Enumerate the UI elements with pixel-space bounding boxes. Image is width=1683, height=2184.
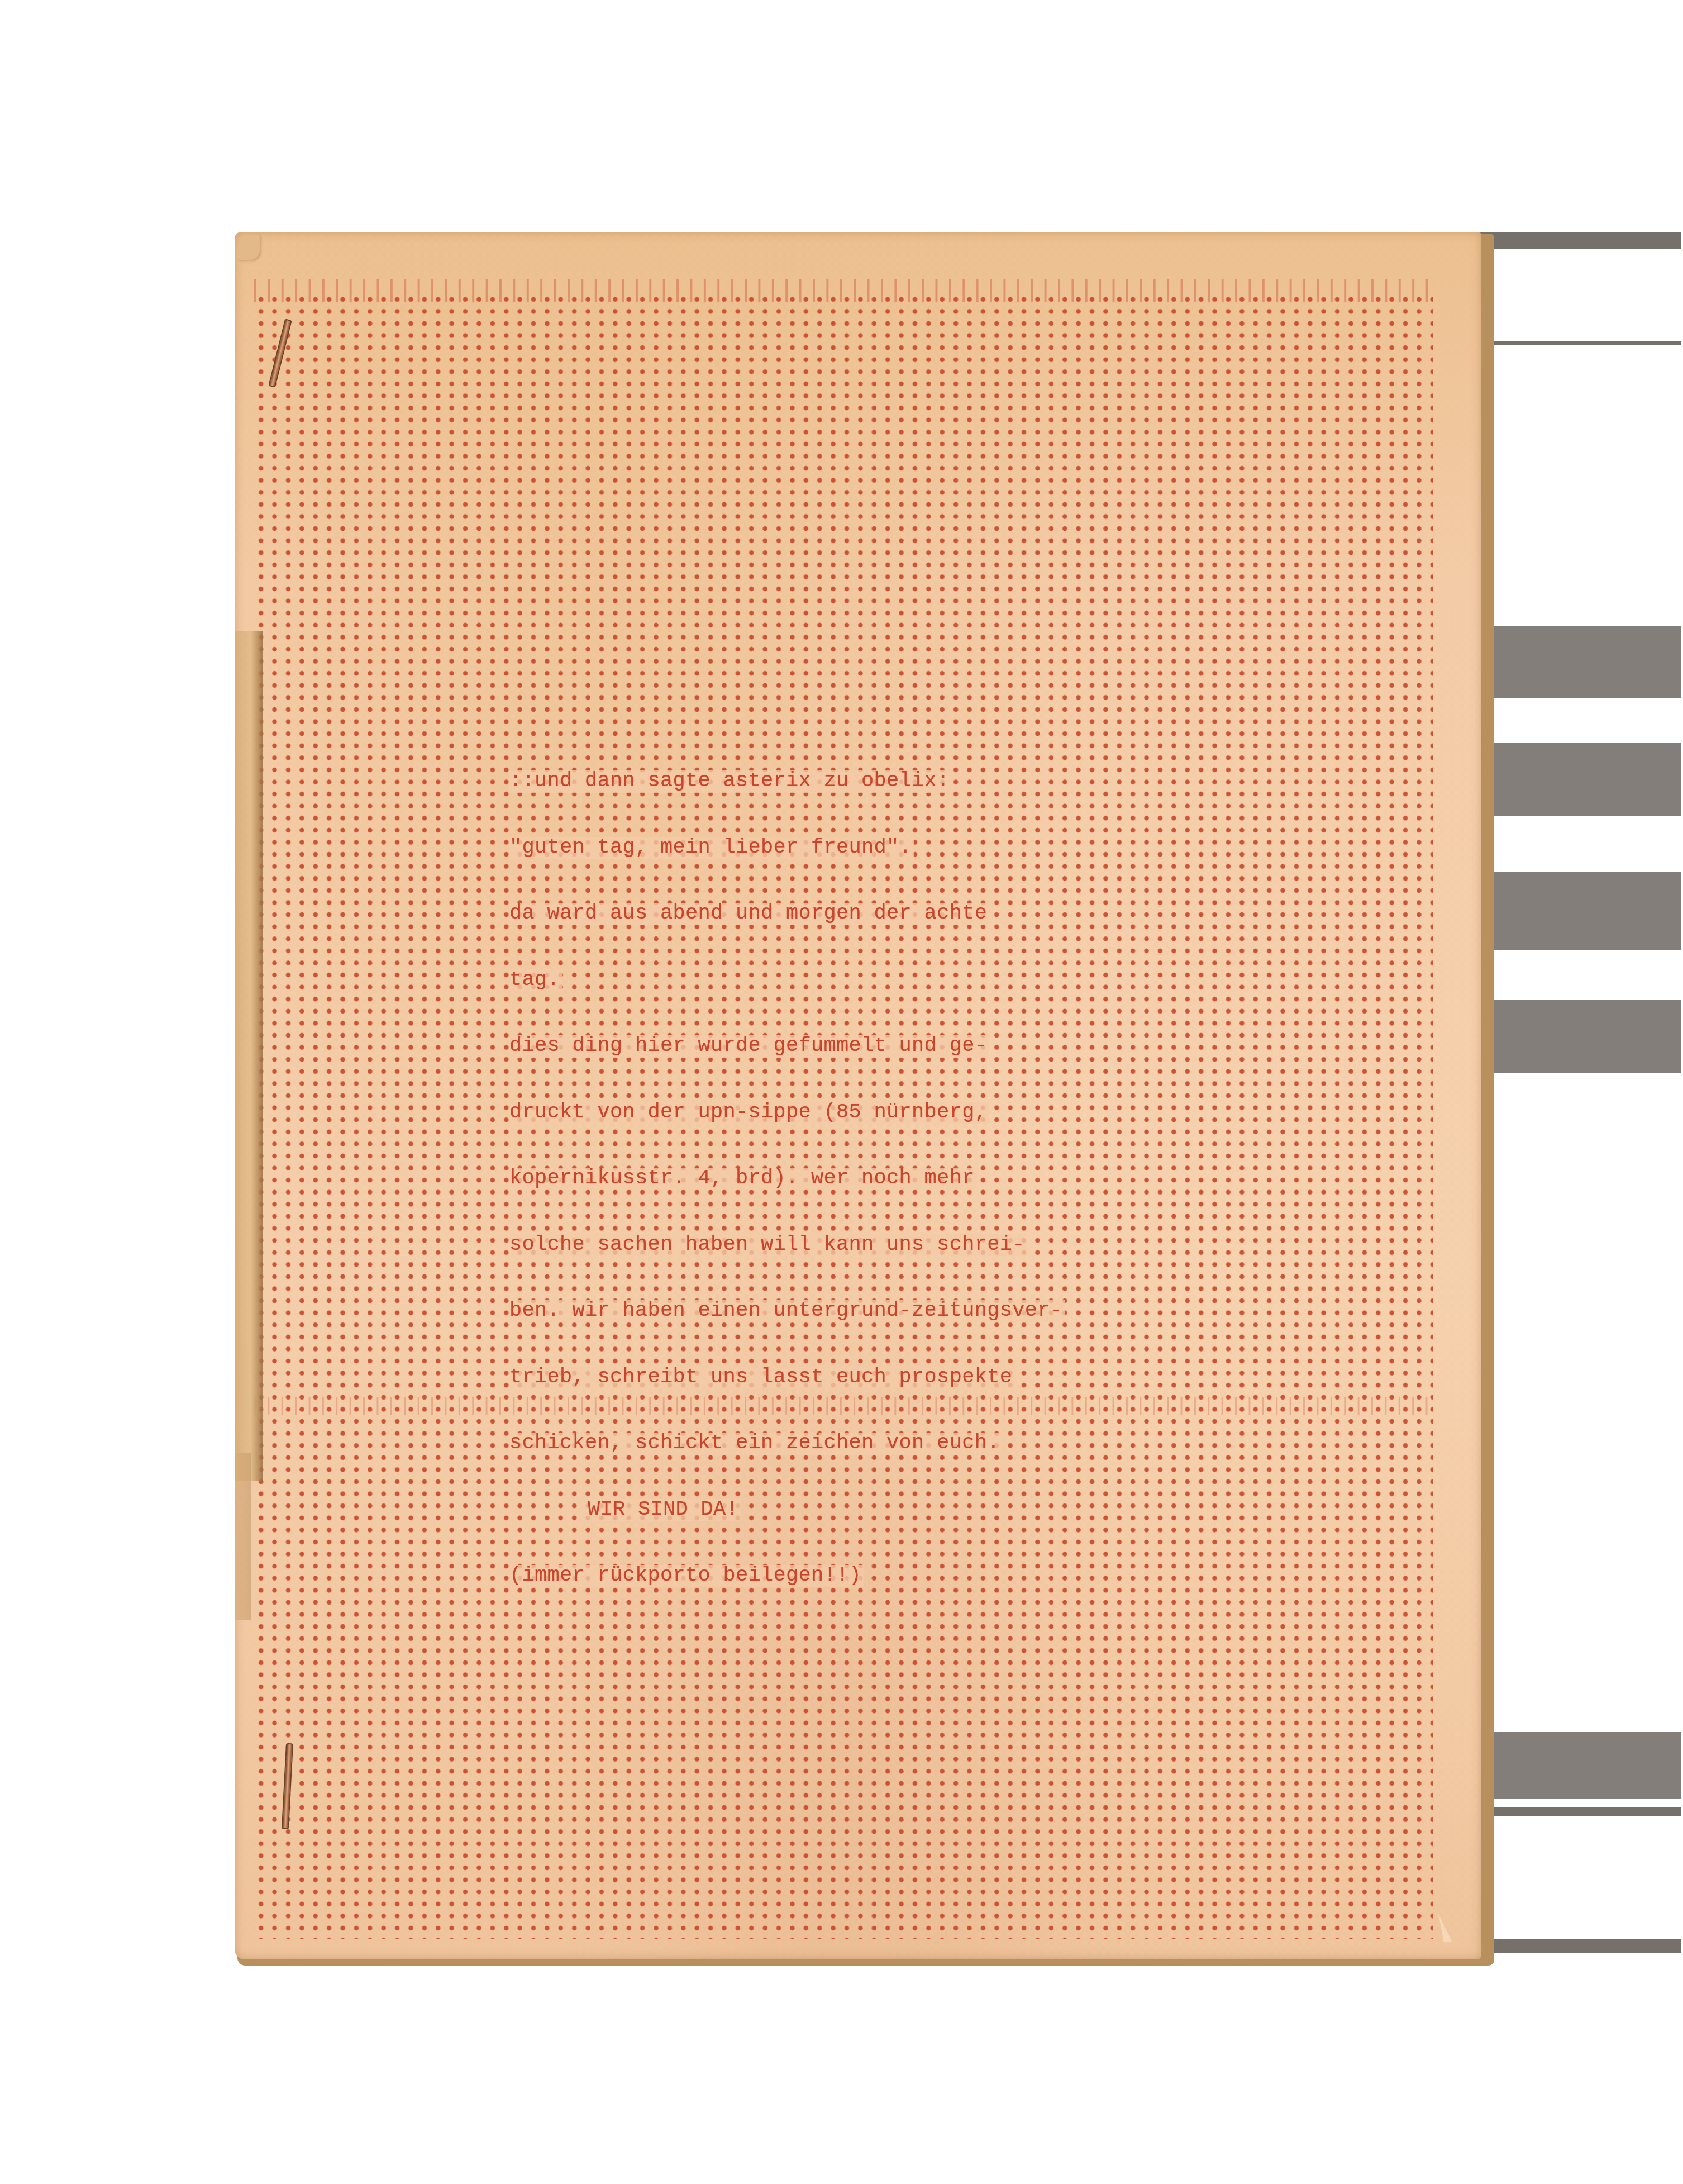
text-line: tag.: [509, 969, 562, 992]
folded-corner: [237, 235, 260, 260]
text-line: trieb, schreibt uns lasst euch prospekte: [509, 1367, 1014, 1389]
text-line: da ward aus abend und morgen der achte: [509, 903, 989, 925]
typewritten-text-block: ::und dann sagte asterix zu obelix: "gut…: [509, 726, 1135, 1609]
text-line: druckt von der upn-sippe (85 nürnberg,: [509, 1102, 989, 1124]
text-line: ::und dann sagte asterix zu obelix:: [509, 770, 952, 793]
text-line: kopernikusstr. 4, brd). wer noch mehr: [509, 1168, 977, 1190]
text-line: solche sachen haben will kann uns schrei…: [509, 1234, 1027, 1257]
text-line: (immer rückporto beilegen!!): [509, 1565, 864, 1587]
headline-wir-sind-da: WIR SIND DA!: [509, 1499, 741, 1521]
text-line: dies ding hier wurde gefummelt und ge-: [509, 1035, 989, 1058]
text-line: ben. wir haben einen untergrund-zeitungs…: [509, 1300, 1065, 1322]
binding-tape-lower: [235, 1453, 251, 1620]
text-line: schicken, schickt ein zeichen von euch.: [509, 1433, 1002, 1455]
text-line: "guten tag, mein lieber freund".: [509, 837, 914, 859]
binding-tape-spine: [235, 631, 263, 1481]
